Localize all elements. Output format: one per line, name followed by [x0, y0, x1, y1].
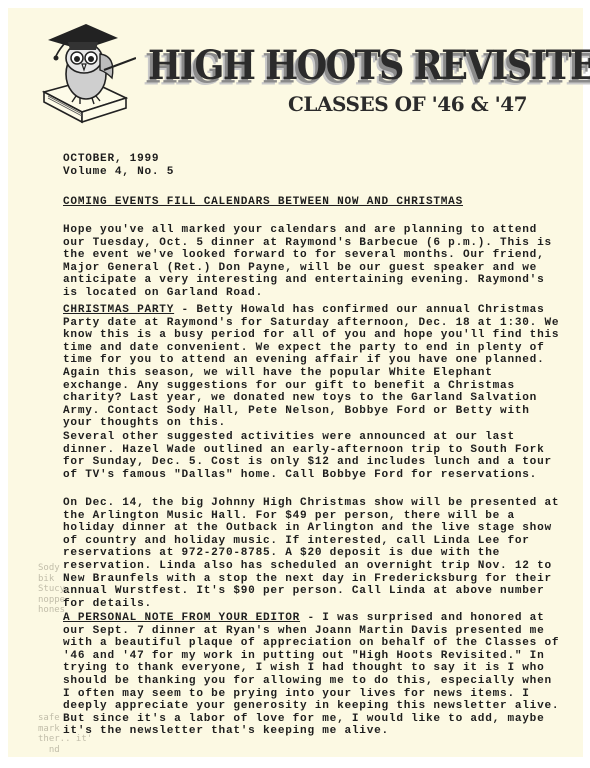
masthead-subtitle: CLASSES OF '46 & '47	[288, 92, 527, 116]
paragraph-south-fork: Several other suggested activities were …	[63, 431, 552, 481]
christmas-party-body: Party date at Raymond's for Saturday aft…	[63, 317, 559, 430]
editor-note-first-line: - I was surprised and honored at	[300, 612, 544, 624]
bleed-through-text: Sody bik Stucy. noppe hones	[38, 563, 71, 616]
bleed-through-text-bottom: safe mark ther.. it' nd	[38, 713, 92, 755]
issue-info: OCTOBER, 1999 Volume 4, No. 5	[63, 153, 174, 178]
editor-note-body: our Sept. 7 dinner at Ryan's when Joann …	[63, 625, 559, 738]
masthead-title: HIGH HOOTS REVISITED	[148, 42, 568, 89]
owl-graduate-on-book-icon	[26, 14, 136, 129]
paragraph-johnny-high: On Dec. 14, the big Johnny High Christma…	[63, 497, 559, 610]
headline: COMING EVENTS FILL CALENDARS BETWEEN NOW…	[63, 196, 463, 209]
masthead: HIGH HOOTS REVISITED CLASSES OF '46 & '4…	[8, 8, 583, 133]
issue-volume: Volume 4, No. 5	[63, 166, 174, 178]
christmas-party-lead: CHRISTMAS PARTY	[63, 304, 174, 316]
editor-note-lead: A PERSONAL NOTE FROM YOUR EDITOR	[63, 612, 300, 624]
issue-date: OCTOBER, 1999	[63, 153, 159, 165]
newsletter-page: HIGH HOOTS REVISITED CLASSES OF '46 & '4…	[8, 8, 583, 757]
paragraph-dinner: Hope you've all marked your calendars an…	[63, 224, 552, 300]
christmas-party-first-line: - Betty Howald has confirmed our annual …	[174, 304, 544, 316]
paragraph-editor-note: A PERSONAL NOTE FROM YOUR EDITOR - I was…	[63, 612, 559, 738]
paragraph-christmas-party: CHRISTMAS PARTY - Betty Howald has confi…	[63, 304, 559, 430]
